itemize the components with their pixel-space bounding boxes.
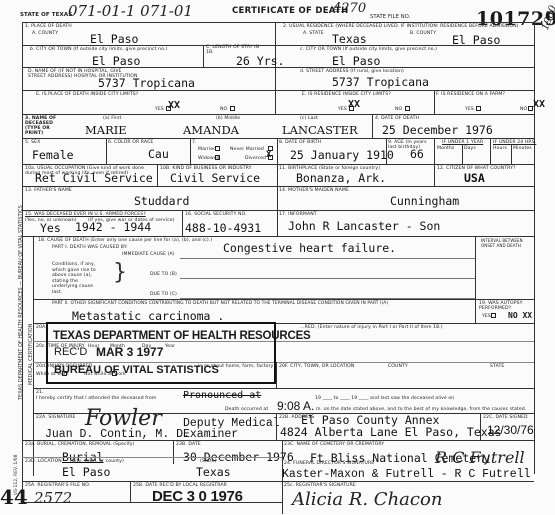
marital-divorced-label: Divorced: [245, 156, 266, 161]
interval-label: INTERVAL BETWEEN ONSET AND DEATH: [481, 238, 531, 248]
birthplace-value: Bonanza, Ark.: [296, 172, 386, 185]
rule: [434, 90, 435, 114]
injury-county-label: COUNTY: [388, 364, 408, 369]
rule: [182, 210, 183, 236]
res-street-label: d. STREET ADDRESS (If rural, give locati…: [300, 69, 404, 74]
last-name: LANCASTER: [282, 124, 358, 137]
registrar-file-no: 2572: [34, 489, 72, 507]
rule: [372, 114, 373, 138]
rule: [275, 45, 534, 46]
injury-state-label: STATE: [490, 364, 504, 369]
citizen-value: USA: [464, 172, 485, 185]
funeral-director-value: Kaster-Maxon & Futrell - R C Futrell: [282, 468, 530, 481]
handwritten-code: 071-01-1 071-01: [68, 2, 193, 20]
armed-forces-value: Yes: [40, 222, 61, 235]
rule: [480, 413, 481, 440]
industry-value: Civil Service: [170, 172, 260, 185]
hospital-value: 5737 Tropicana: [98, 77, 195, 90]
res-county-label: b. COUNTY: [410, 31, 436, 36]
hours-label: Hours: [493, 146, 507, 151]
injury-city-label: 20f. CITY, TOWN, OR LOCATION: [279, 364, 354, 369]
rule: [511, 144, 512, 164]
rule: [203, 45, 204, 67]
frame-top: [22, 22, 534, 23]
rule: [22, 236, 534, 237]
yes-label: YES: [465, 107, 474, 112]
rule: [22, 457, 282, 458]
father-value: Studdard: [134, 195, 189, 208]
no-label: NO: [395, 107, 402, 112]
mother-value: Cunningham: [390, 195, 459, 208]
res-city-label: c. CITY OR TOWN (If outside city limits,…: [300, 47, 437, 52]
res-inside-city-mark: XX: [348, 99, 360, 110]
res-state-label: a. STATE: [303, 31, 324, 36]
rule: [475, 236, 476, 299]
funeral-signature: R C Futrell: [435, 448, 525, 467]
inside-city-label: e. IS PLACE OF DEATH INSIDE CITY LIMITS?: [36, 92, 138, 97]
rule: [22, 67, 275, 68]
registrar-file-label: 25a. REGISTRAR'S FILE NO.: [25, 483, 90, 488]
sex-label: 5. SEX: [25, 140, 40, 145]
state-file-label: STATE FILE NO.: [370, 15, 410, 20]
rule: [22, 90, 534, 91]
received-stamp: TEXAS DEPARTMENT OF HEALTH RESOURCES REC…: [46, 322, 276, 384]
injury-note: ...RED. (Enter nature of injury in Part …: [300, 325, 443, 330]
rule: [277, 164, 278, 186]
page-number: 44: [0, 485, 28, 509]
conditions-note: Conditions, if any, which gave rise to a…: [52, 262, 97, 295]
rule: [22, 138, 534, 139]
res-inside-city-no-checkbox[interactable]: [405, 106, 410, 111]
ssn-label: 16. SOCIAL SECURITY NO.: [185, 212, 247, 217]
certify-text: I hereby certify that I attended the dec…: [36, 396, 156, 401]
county-label: a. COUNTY: [32, 31, 58, 36]
death-inside-city-mark: XX: [168, 100, 180, 111]
no-label: NO: [520, 107, 527, 112]
ssn-value: 488-10-4931: [185, 222, 261, 235]
occupation-value: Ret Civil Service: [35, 172, 153, 185]
date-signed-label: 22c. DATE SIGNED: [483, 415, 528, 420]
rule: [276, 413, 277, 440]
stamp-line3: BUREAU OF VITAL STATISTICS: [54, 364, 219, 376]
informant-value: John R Lancaster - Son: [288, 220, 440, 233]
state-sublabel: (State): [200, 459, 216, 464]
marital-never-married-label: Never Married: [230, 147, 264, 152]
minutes-label: Minutes: [513, 146, 532, 151]
rule: [282, 481, 534, 482]
divider-1-2: [275, 22, 276, 114]
age-value: 66: [410, 148, 424, 161]
autopsy-value: NO XX: [508, 311, 532, 320]
rule: [22, 440, 534, 441]
res-inside-city-label: e. IS RESIDENCE INSIDE CITY LIMITS?: [302, 92, 391, 97]
name-label: 3. NAME OF DECEASED (Type or print): [25, 116, 65, 136]
farm-mark: XX: [533, 99, 545, 110]
res-street: 5737 Tropicana: [332, 76, 429, 89]
death-date-label: 4. DATE OF DEATH: [375, 116, 419, 121]
armed-forces-label: 15. WAS DECEASED EVER IN U.S. ARMED FORC…: [25, 212, 146, 217]
rule: [157, 164, 158, 186]
burial-date-label: 23b. DATE: [176, 442, 201, 447]
under-day-label: IF UNDER 24 HRS.: [493, 140, 536, 145]
rule: [434, 138, 435, 164]
rule: [475, 299, 476, 323]
side-department-label: TEXAS DEPARTMENT OF HEALTH RESOURCES — B…: [18, 205, 24, 400]
rule: [22, 114, 534, 115]
handwritten-number: 4270: [333, 1, 366, 16]
middle-name-label: (b) Middle: [216, 116, 240, 121]
rule: [33, 388, 534, 389]
certificate-title: CERTIFICATE OF DEATH: [232, 6, 349, 16]
address-line2: 4824 Alberta Lane El Paso, Texas: [280, 426, 502, 439]
marital-mark: X: [266, 150, 271, 160]
due-to-c-label: DUE TO (c): [150, 292, 177, 297]
widowed-checkbox[interactable]: [215, 155, 220, 160]
disposition-label: 23a. BURIAL, CREMATION, REMOVAL (Specify…: [25, 442, 134, 447]
rule: [386, 138, 387, 164]
part1-label: PART I. DEATH WAS CAUSED BY:: [52, 245, 128, 250]
city-label: b. CITY OR TOWN (If outside city limits,…: [30, 47, 167, 52]
cause-section-label: 18. CAUSE OF DEATH (Enter only one cause…: [38, 238, 212, 243]
location-label: 23d. LOCATION: [25, 459, 62, 464]
marital-label: 7.: [192, 140, 197, 145]
location-city: El Paso: [62, 466, 110, 479]
due-to-b-label: DUE TO (b): [150, 272, 177, 277]
first-name: MARIE: [85, 124, 127, 137]
item21-label: 21.: [36, 390, 44, 395]
stamp-line2-prefix: REC'D: [54, 346, 87, 358]
informant-label: 17. INFORMANT: [279, 212, 317, 217]
married-checkbox[interactable]: [215, 146, 220, 151]
location-state: Texas: [196, 466, 231, 479]
date-signed: 12/30/76: [487, 424, 534, 437]
father-label: 13. FATHER'S NAME: [25, 188, 72, 193]
sex-value: Female: [32, 149, 74, 162]
rule: [22, 186, 534, 187]
pronounced-text: Pronounced at: [183, 389, 261, 402]
rule: [22, 481, 282, 482]
death-time: 9:08 A.: [277, 400, 314, 413]
first-name-label: (a) First: [103, 116, 121, 121]
residence-label: 2. USUAL RESIDENCE (Where deceased lived…: [283, 24, 519, 29]
rule: [434, 164, 435, 186]
rule: [22, 164, 534, 165]
mother-label: 14. MOTHER'S MAIDEN NAME: [279, 188, 349, 193]
registrar-signature-label: 25c. REGISTRAR'S SIGNATURE: [284, 483, 356, 488]
signature-label: 22a. SIGNATURE: [36, 415, 76, 420]
date-recd-stamp: DEC 3 0 1976: [152, 488, 243, 505]
yes-label: YES: [338, 107, 347, 112]
funeral-director-label: 24. FUNERAL DIRECTOR'S SIGNATURE: [284, 461, 374, 466]
rule: [490, 138, 491, 164]
rule: [173, 440, 174, 464]
frame-right: [534, 22, 535, 474]
rule: [22, 210, 534, 211]
stamp-line1: TEXAS DEPARTMENT OF HEALTH RESOURCES: [53, 330, 311, 342]
rule: [180, 258, 475, 259]
rule: [33, 299, 534, 300]
service-dates: 1942 - 1944: [75, 221, 151, 234]
autopsy-yes-label: YES: [482, 314, 491, 319]
rule: [130, 481, 131, 502]
rule: [462, 144, 463, 164]
death-inside-city-no-checkbox[interactable]: [230, 106, 235, 111]
city-county-sublabel: (City, town, or county): [70, 459, 124, 464]
rule: [190, 138, 191, 164]
birth-date-label: 8. DATE OF BIRTH: [279, 140, 321, 145]
birth-date: 25 January 1910: [290, 149, 394, 162]
place-of-death-label: 1. PLACE OF DEATH: [25, 24, 72, 29]
race-value: Cau: [148, 148, 169, 161]
part2-label: PART II. OTHER SIGNIFICANT CONDITIONS CO…: [52, 301, 388, 306]
middle-name: AMANDA: [183, 124, 239, 137]
death-date: 25 December 1976: [382, 124, 493, 137]
no-label: NO: [220, 107, 227, 112]
immediate-cause-label: IMMEDIATE CAUSE (a): [122, 252, 175, 257]
farm-yes-checkbox[interactable]: [476, 106, 481, 111]
date-range-text: 19 ____ to ____ 19 ____ and last saw the…: [315, 396, 454, 401]
yes-label: YES: [155, 107, 164, 112]
time-suffix-text: m. on the date stated above, and to the …: [316, 407, 526, 412]
stamp-date: MAR 3 1977: [96, 345, 163, 359]
death-occurred-label: Death occurred at: [225, 407, 268, 412]
state-of-texas-label: STATE OF TEXAS: [20, 13, 72, 18]
days-label: Days: [464, 146, 476, 151]
immediate-cause: Congestive heart failure.: [223, 242, 396, 255]
brace-icon: }: [113, 262, 127, 284]
race-label: 6. COLOR OR RACE: [108, 140, 153, 145]
months-label: Months: [437, 146, 454, 151]
autopsy-yes-checkbox[interactable]: [491, 313, 496, 318]
farm-label: f. IS RESIDENCE ON A FARM?: [436, 92, 505, 97]
rule: [275, 67, 534, 68]
last-name-label: (c) Last: [300, 116, 318, 121]
cemetery-label: 23c. NAME OF CEMETERY OR CREMATORY: [284, 442, 384, 447]
rule: [106, 138, 107, 164]
autopsy-label: 19. WAS AUTOPSY PERFORMED?: [479, 301, 534, 311]
rule: [277, 138, 278, 164]
rule: [276, 362, 277, 388]
rule: [277, 186, 278, 236]
registrar-signature: Alicia R. Chacon: [292, 489, 442, 510]
marital-married-label: Married: [198, 147, 216, 152]
rule: [180, 278, 475, 279]
